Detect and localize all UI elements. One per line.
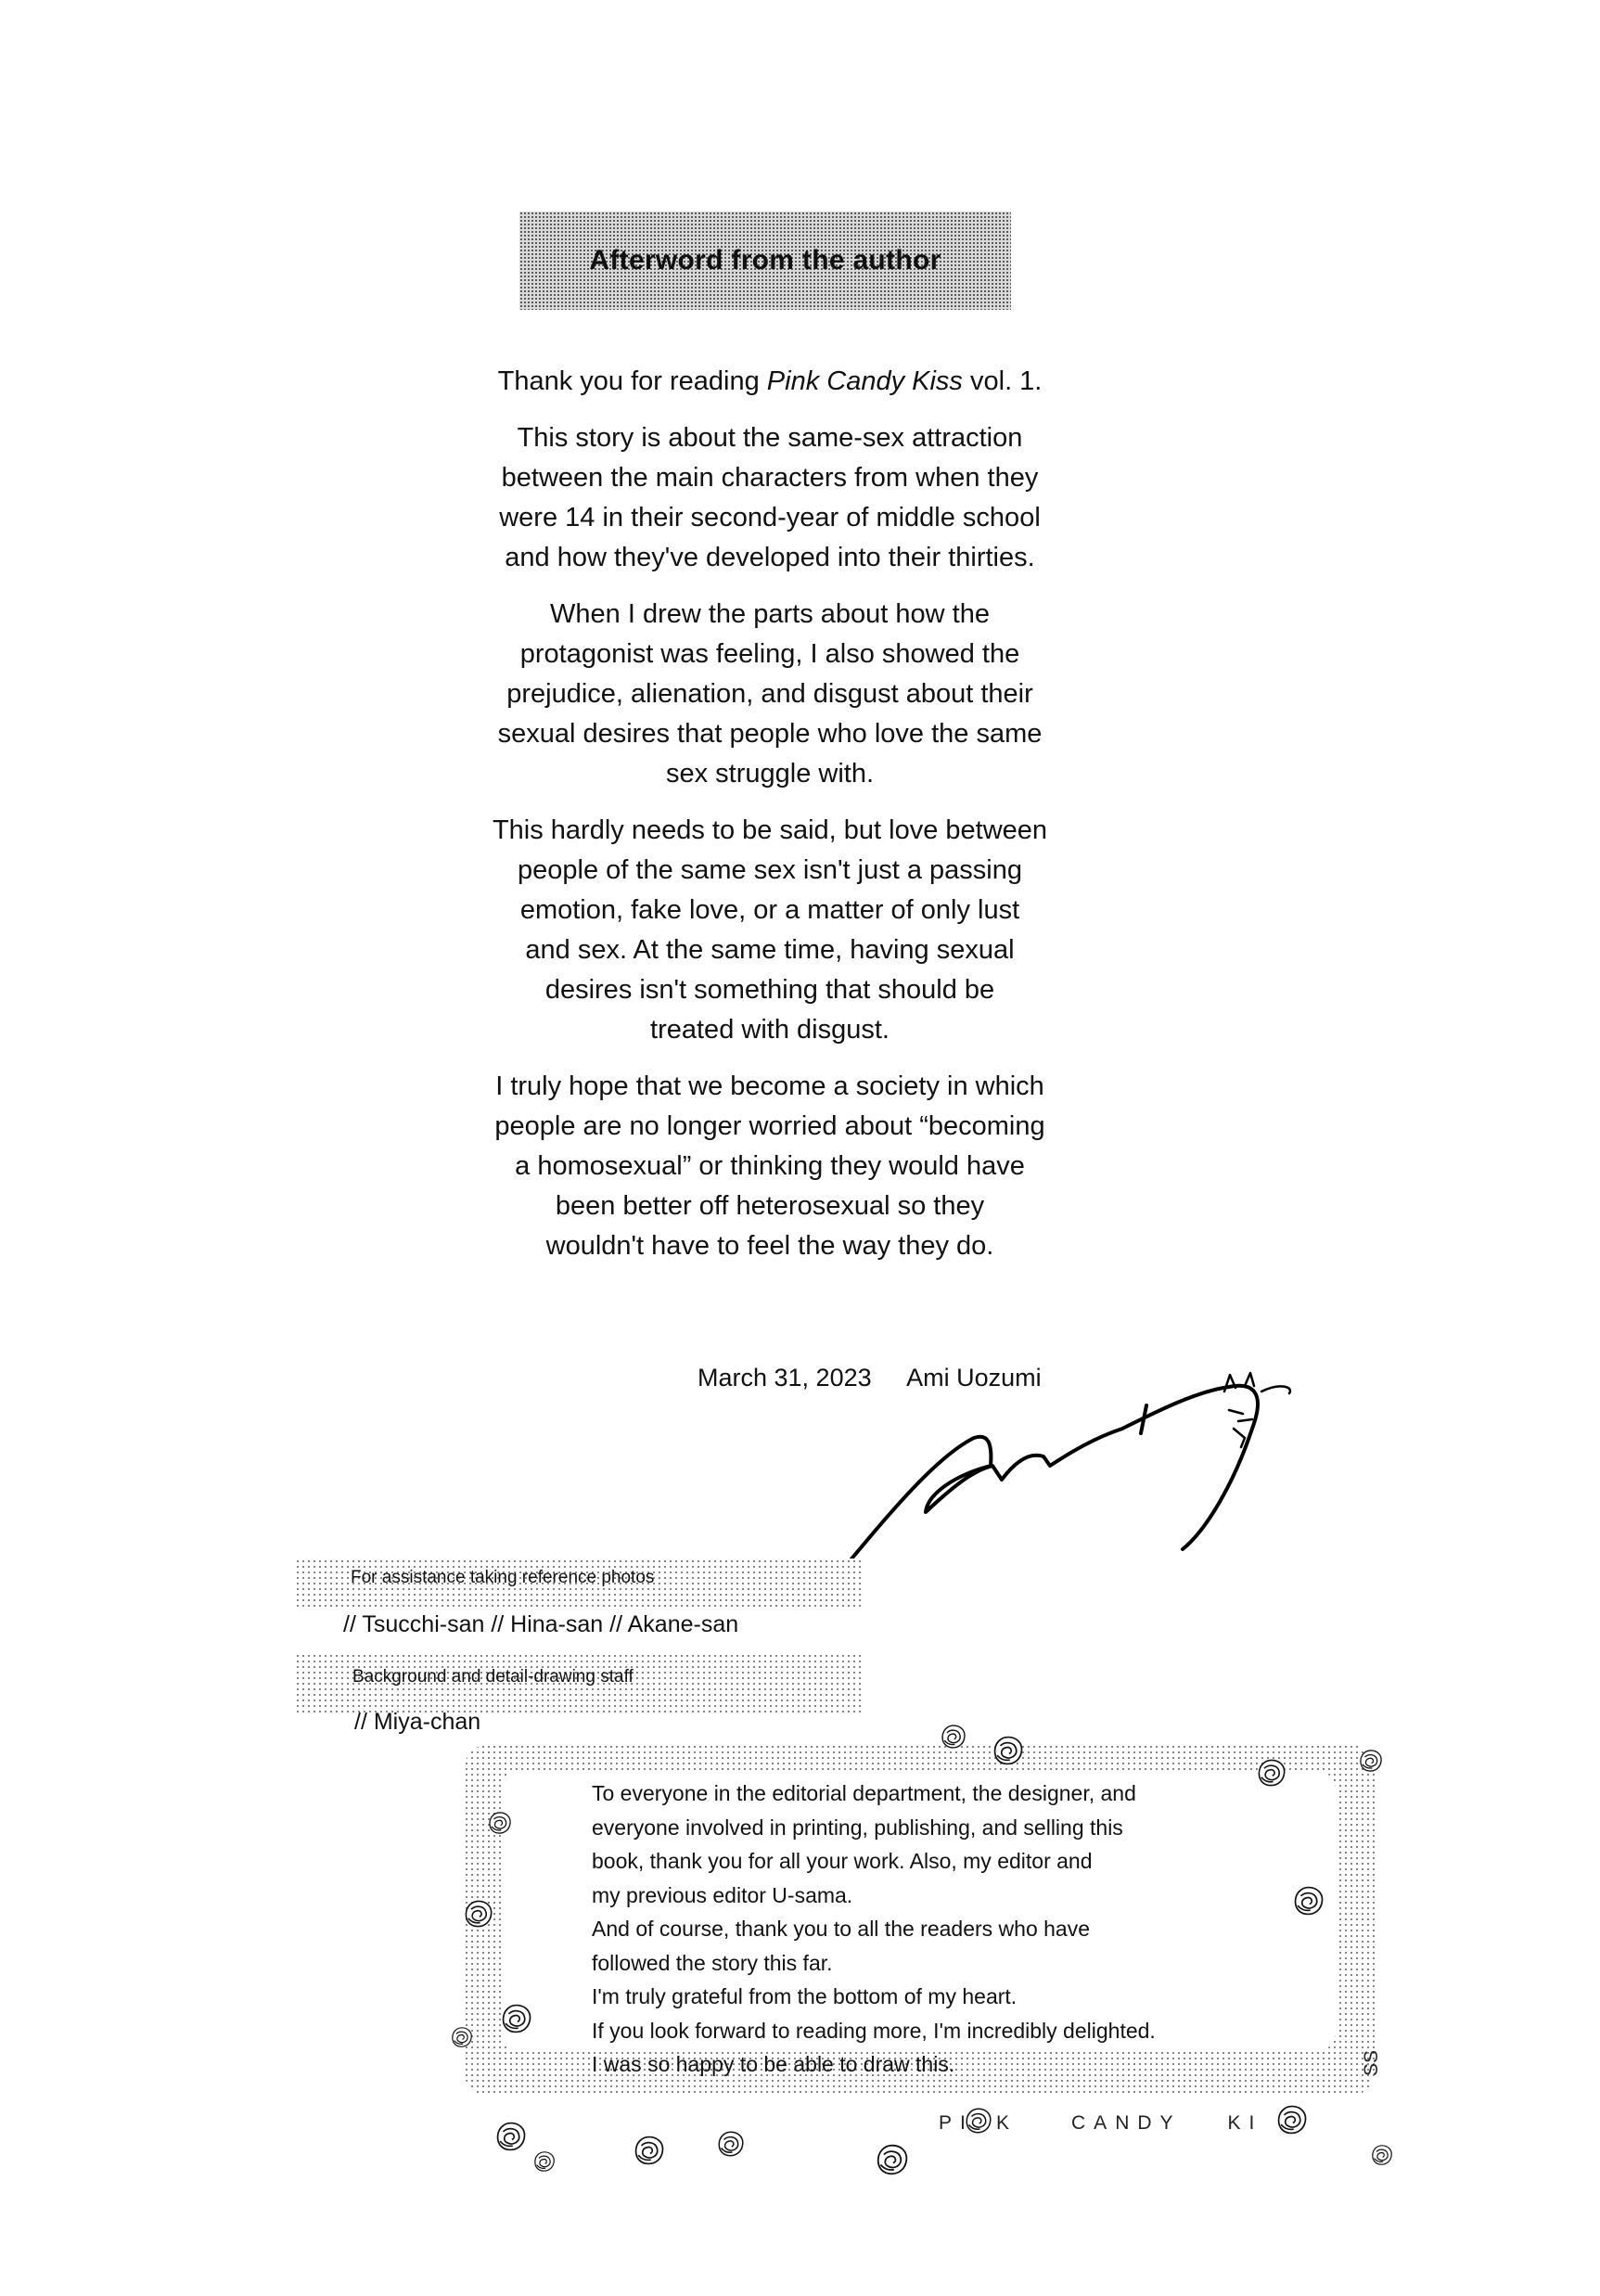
thanks-line: everyone involved in printing, publishin…: [592, 1811, 1352, 1845]
afterword-paragraph: When I drew the parts about how the prot…: [417, 595, 1122, 794]
thanks-line: I was so happy to be able to draw this.: [592, 2047, 1352, 2082]
book-title: Pink Candy Kiss: [767, 366, 963, 396]
line-text: Thank you for reading: [498, 366, 767, 396]
afterword-line: sex struggle with.: [417, 754, 1122, 794]
rose-icon: [634, 2135, 665, 2166]
afterword-line: people of the same sex isn't just a pass…: [417, 851, 1122, 891]
thanks-frame: To everyone in the editorial department,…: [464, 1744, 1375, 2097]
afterword-body: Thank you for reading Pink Candy Kiss vo…: [417, 362, 1122, 1283]
line-text: vol. 1.: [963, 366, 1042, 396]
rose-icon: [1257, 1758, 1286, 1788]
afterword-line: a homosexual” or thinking they would hav…: [417, 1147, 1122, 1186]
credit-names: // Miya-chan: [354, 1709, 480, 1736]
afterword-line: treated with disgust.: [417, 1010, 1122, 1050]
rose-icon: [1359, 1749, 1383, 1773]
thanks-line: my previous editor U-sama.: [592, 1879, 1352, 1913]
rose-icon: [717, 2130, 745, 2158]
afterword-line: desires isn't something that should be: [417, 970, 1122, 1010]
afterword-line: I truly hope that we become a society in…: [417, 1067, 1122, 1107]
brand-word: CANDY: [1071, 2112, 1182, 2134]
credit-names: // Tsucchi-san // Hina-san // Akane-san: [343, 1611, 738, 1638]
rose-icon: [495, 2121, 527, 2152]
afterword-line: protagonist was feeling, I also showed t…: [417, 635, 1122, 674]
afterword-paragraph: I truly hope that we become a society in…: [417, 1067, 1122, 1266]
afterword-line: wouldn't have to feel the way they do.: [417, 1226, 1122, 1266]
rose-icon: [992, 1735, 1024, 1766]
thanks-line: book, thank you for all your work. Also,…: [592, 1844, 1352, 1879]
rose-icon: [488, 1811, 512, 1835]
rose-icon: [941, 1724, 966, 1750]
credit-label: Background and detail-drawing staff: [352, 1667, 634, 1687]
rose-icon: [965, 2107, 992, 2135]
afterword-line: Thank you for reading Pink Candy Kiss vo…: [417, 362, 1122, 402]
rose-icon: [451, 2026, 473, 2048]
afterword-header-tab: Afterword from the author: [519, 212, 1011, 310]
afterword-line: people are no longer worried about “beco…: [417, 1107, 1122, 1147]
page-title: Afterword from the author: [589, 245, 941, 276]
thanks-line: And of course, thank you to all the read…: [592, 1912, 1352, 1946]
afterword-line: and sex. At the same time, having sexual: [417, 930, 1122, 970]
afterword-line: and how they've developed into their thi…: [417, 538, 1122, 578]
brand-word: KI: [1228, 2112, 1263, 2134]
afterword-line: were 14 in their second-year of middle s…: [417, 498, 1122, 538]
afterword-paragraph: Thank you for reading Pink Candy Kiss vo…: [417, 362, 1122, 402]
brand-mark-vertical: SS: [1356, 2050, 1387, 2076]
afterword-line: This story is about the same-sex attract…: [417, 418, 1122, 458]
thanks-line: To everyone in the editorial department,…: [592, 1777, 1352, 1811]
afterword-line: been better off heterosexual so they: [417, 1186, 1122, 1226]
afterword-line: This hardly needs to be said, but love b…: [417, 811, 1122, 851]
thanks-message: To everyone in the editorial department,…: [592, 1777, 1352, 2082]
thanks-line: If you look forward to reading more, I'm…: [592, 2014, 1352, 2048]
thanks-line: followed the story this far.: [592, 1946, 1352, 1981]
afterword-line: sexual desires that people who love the …: [417, 714, 1122, 754]
rose-icon: [1276, 2104, 1308, 2136]
rose-icon: [1371, 2144, 1393, 2166]
rose-icon: [464, 1899, 493, 1929]
afterword-line: When I drew the parts about how the: [417, 595, 1122, 635]
afterword-line: emotion, fake love, or a matter of only …: [417, 891, 1122, 930]
afterword-line: between the main characters from when th…: [417, 458, 1122, 498]
rose-icon: [533, 2150, 556, 2173]
ami-autograph-with-cat-doodle-icon: [816, 1354, 1336, 1596]
afterword-paragraph: This story is about the same-sex attract…: [417, 418, 1122, 578]
rose-icon: [876, 2143, 909, 2176]
afterword-line: prejudice, alienation, and disgust about…: [417, 674, 1122, 714]
rose-icon: [501, 2003, 532, 2034]
credit-label: For assistance taking reference photos: [351, 1568, 654, 1588]
afterword-paragraph: This hardly needs to be said, but love b…: [417, 811, 1122, 1050]
rose-icon: [1293, 1885, 1325, 1917]
thanks-line: I'm truly grateful from the bottom of my…: [592, 1980, 1352, 2014]
